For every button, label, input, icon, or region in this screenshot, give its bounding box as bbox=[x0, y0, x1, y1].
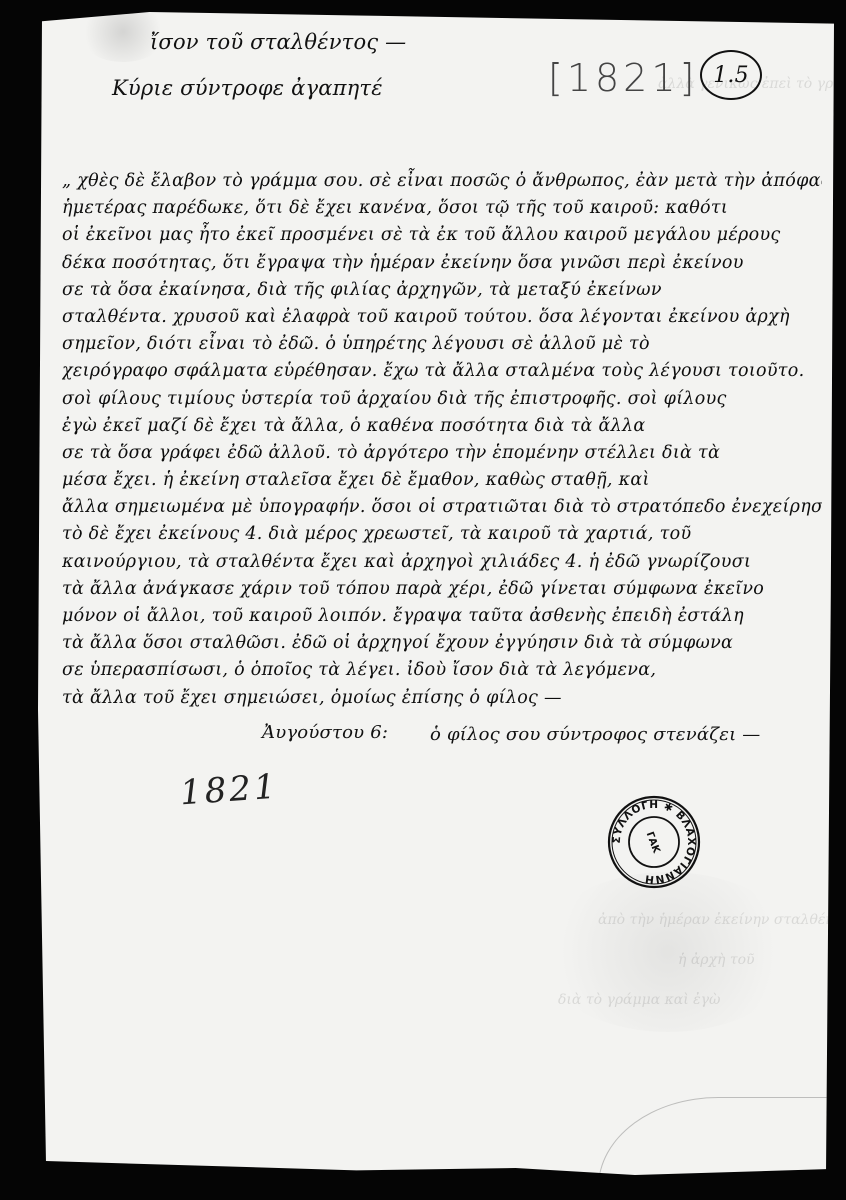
salutation: Κύριε σύντροφε ἀγαπητέ bbox=[112, 76, 383, 100]
body-line: „ χθὲς δὲ ἔλαβον τὸ γράμμα σου. σὲ εἶναι… bbox=[62, 168, 822, 195]
body-line: σε τὰ ὅσα γράφει ἐδῶ ἀλλοῦ. τὸ ἀργότερο … bbox=[62, 440, 822, 467]
folio-number: 1.5 bbox=[700, 50, 762, 100]
collection-stamp-icon: ΣΥΛΛΟΓΗ ✱ ΒΛΑΧΟΓΙΑΝΝΗ ΓΑΚ bbox=[606, 794, 702, 890]
header-line-1: ἴσον τοῦ σταλθέντος — bbox=[150, 30, 406, 54]
body-line: χειρόγραφο σφάλματα εὑρέθησαν. ἔχω τὰ ἄλ… bbox=[62, 358, 822, 385]
body-line: σημεῖον, διότι εἶναι τὸ ἐδῶ. ὁ ὑπηρέτης … bbox=[62, 331, 822, 358]
body-line: ἡμετέρας παρέδωκε, ὅτι δὲ ἔχει κανένα, ὅ… bbox=[62, 195, 822, 222]
bleed-through-text: ἡ ἀρχὴ τοῦ bbox=[678, 952, 755, 968]
body-line: σε ὑπερασπίσωσι, ὁ ὁποῖος τὰ λέγει. ἰδοὺ… bbox=[62, 657, 822, 684]
paper-tear bbox=[598, 1097, 846, 1198]
body-line: ἐγὼ ἐκεῖ μαζί δὲ ἔχει τὰ ἄλλα, ὁ καθένα … bbox=[62, 413, 822, 440]
body-line: τὰ ἄλλα ὅσοι σταλθῶσι. ἐδῶ οἱ ἀρχηγοί ἔχ… bbox=[62, 630, 822, 657]
body-line: μόνον οἱ ἄλλοι, τοῦ καιροῦ λοιπόν. ἔγραψ… bbox=[62, 603, 822, 630]
body-line: τὰ ἄλλα τοῦ ἔχει σημειώσει, ὁμοίως ἐπίση… bbox=[62, 685, 822, 712]
body-line: τὰ ἄλλα ἀνάγκασε χάριν τοῦ τόπου παρὰ χέ… bbox=[62, 576, 822, 603]
body-line: σοὶ φίλους τιμίους ὑστερία τοῦ ἀρχαίου δ… bbox=[62, 386, 822, 413]
bleed-through-text: διὰ τὸ γράμμα καὶ ἐγὼ bbox=[558, 992, 720, 1008]
body-line: σε τὰ ὅσα ἐκαίνησα, διὰ τῆς φιλίας ἀρχηγ… bbox=[62, 277, 822, 304]
letter-body: „ χθὲς δὲ ἔλαβον τὸ γράμμα σου. σὲ εἶναι… bbox=[62, 168, 822, 712]
stamp-inner-text: ΓΑΚ bbox=[644, 830, 662, 855]
body-line: ἄλλα σημειωμένα μὲ ὑπογραφήν. ὅσοι οἱ στ… bbox=[62, 494, 822, 521]
body-line: μέσα ἔχει. ἡ ἐκείνη σταλεῖσα ἔχει δὲ ἔμα… bbox=[62, 467, 822, 494]
letter-date: Ἀυγούστου 6: bbox=[262, 722, 388, 743]
body-line: οἱ ἐκεῖνοι μας ἦτο ἐκεῖ προσμένει σὲ τὰ … bbox=[62, 222, 822, 249]
year-annotation: [1821] bbox=[548, 56, 698, 100]
body-line: τὸ δὲ ἔχει ἐκείνους 4. διὰ μέρος χρεωστε… bbox=[62, 521, 822, 548]
signature: ὁ φίλος σου σύντροφος στενάζει — bbox=[430, 724, 760, 745]
folio-number-text: 1.5 bbox=[713, 63, 749, 88]
body-line: δέκα ποσότητας, ὅτι ἔγραψα τὴν ἡμέραν ἐκ… bbox=[62, 250, 822, 277]
bleed-through-text: ἀπὸ τὴν ἡμέραν ἐκείνην σταλθέντα bbox=[598, 912, 846, 928]
body-line: σταλθέντα. χρυσοῦ καὶ ἐλαφρὰ τοῦ καιροῦ … bbox=[62, 304, 822, 331]
body-line: καινούργιου, τὰ σταλθέντα ἔχει καὶ ἀρχηγ… bbox=[62, 549, 822, 576]
margin-year-annotation: 1821 bbox=[179, 767, 280, 814]
paper-stain bbox=[538, 872, 798, 1032]
